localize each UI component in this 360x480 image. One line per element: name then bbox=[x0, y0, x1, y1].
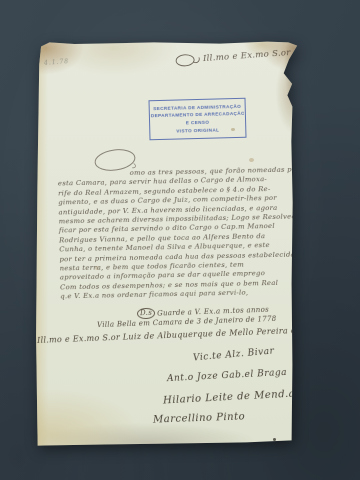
stain-speck bbox=[231, 128, 235, 131]
signature: Marcellino Pinto bbox=[153, 411, 245, 425]
signature: Vic.te Alz. Bivar bbox=[193, 346, 275, 363]
signature-block: Vic.te Alz. Bivar Ant.o Joze Gab.el Brag… bbox=[35, 40, 299, 446]
signature: Ant.o Joze Gab.el Braga bbox=[167, 368, 288, 384]
stain-speck bbox=[249, 158, 254, 162]
ink-speck bbox=[273, 438, 276, 441]
stain-speck bbox=[95, 266, 99, 270]
manuscript-paper-wrap: 4.1.78 Ill.mo e Ex.mo S.or SECRETARIA DE… bbox=[35, 40, 299, 446]
manuscript-paper: 4.1.78 Ill.mo e Ex.mo S.or SECRETARIA DE… bbox=[35, 40, 299, 446]
